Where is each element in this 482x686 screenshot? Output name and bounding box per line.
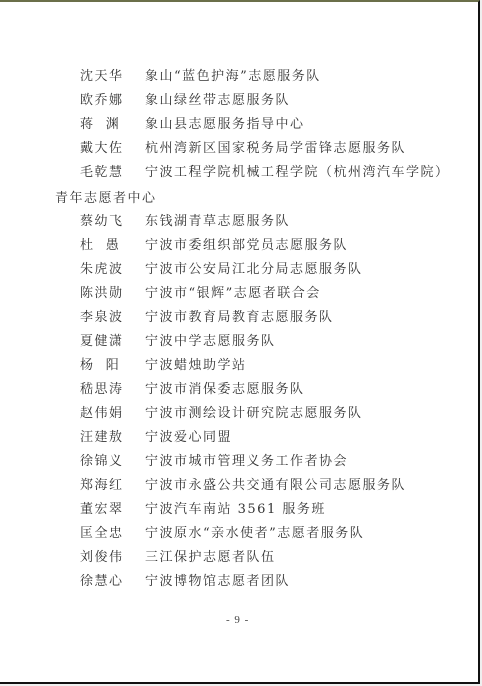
list-item: 蒋 渊 象山县志愿服务指导中心 [0,113,478,137]
volunteer-name: 徐锦义 [80,454,130,470]
volunteer-name: 赵伟娟 [80,406,130,422]
document-page: 沈天华 象山“蓝色护海”志愿服务队 欧乔娜 象山绿丝带志愿服务队 蒋 渊 象山县… [0,0,480,684]
page-number: - 9 - [226,614,249,626]
organization-name: 宁波市委组织部党员志愿服务队 [145,238,348,254]
organization-name: 三江保护志愿者队伍 [145,550,276,566]
volunteer-name: 陈洪勋 [80,286,130,302]
organization-name: 宁波博物馆志愿者团队 [145,574,290,590]
volunteer-name: 戴大佐 [80,141,130,157]
list-item: 毛乾慧 宁波工程学院机械工程学院（杭州湾汽车学院） [0,161,478,185]
organization-name: 宁波市测绘设计研究院志愿服务队 [145,406,363,422]
list-item: 郑海红 宁波市永盛公共交通有限公司志愿服务队 [0,474,478,498]
volunteer-name: 李泉波 [80,310,130,326]
list-item: 杨 阳 宁波蜡烛助学站 [0,354,478,378]
list-item: 匡全忠 宁波原水“亲水使者”志愿者服务队 [0,522,478,546]
organization-continuation: 青年志愿者中心 [55,191,157,207]
list-item: 刘俊伟 三江保护志愿者队伍 [0,546,478,570]
list-item: 蔡幼飞 东钱湖青草志愿服务队 [0,210,478,234]
volunteer-name: 沈天华 [80,69,130,85]
volunteer-name: 徐慧心 [80,574,130,590]
list-item: 沈天华 象山“蓝色护海”志愿服务队 [0,65,478,89]
list-item: 徐慧心 宁波博物馆志愿者团队 [0,570,478,594]
list-item: 朱虎波 宁波市公安局江北分局志愿服务队 [0,258,478,282]
organization-name: 象山县志愿服务指导中心 [145,117,305,133]
organization-name: 宁波中学志愿服务队 [145,334,276,350]
volunteer-name: 杜 愚 [80,238,130,254]
list-item: 戴大佐 杭州湾新区国家税务局学雷锋志愿服务队 [0,137,478,161]
organization-name: 宁波蜡烛助学站 [145,358,247,374]
organization-name: 东钱湖青草志愿服务队 [145,214,290,230]
organization-name: 宁波原水“亲水使者”志愿者服务队 [145,526,364,542]
list-item: 夏健潇 宁波中学志愿服务队 [0,330,478,354]
organization-name: 宁波爱心同盟 [145,430,232,446]
organization-name: 象山“蓝色护海”志愿服务队 [145,69,321,85]
organization-name: 宁波工程学院机械工程学院（杭州湾汽车学院） [145,165,450,181]
organization-name: 宁波市教育局教育志愿服务队 [145,310,334,326]
organization-name: 宁波市公安局江北分局志愿服务队 [145,262,363,278]
organization-name: 宁波市消保委志愿服务队 [145,382,305,398]
organization-name: 宁波市“银辉”志愿者联合会 [145,286,321,302]
organization-name: 宁波市城市管理义务工作者协会 [145,454,348,470]
list-item: 汪建敖 宁波爱心同盟 [0,426,478,450]
volunteer-name: 汪建敖 [80,430,130,446]
volunteer-name: 嵇思涛 [80,382,130,398]
volunteer-name: 蔡幼飞 [80,214,130,230]
list-item: 陈洪勋 宁波市“银辉”志愿者联合会 [0,282,478,306]
volunteer-name: 杨 阳 [80,358,130,374]
volunteer-name: 毛乾慧 [80,165,130,181]
volunteer-name: 欧乔娜 [80,93,130,109]
list-item: 欧乔娜 象山绿丝带志愿服务队 [0,89,478,113]
list-item: 徐锦义 宁波市城市管理义务工作者协会 [0,450,478,474]
list-item: 李泉波 宁波市教育局教育志愿服务队 [0,306,478,330]
volunteer-name: 匡全忠 [80,526,130,542]
volunteer-name: 郑海红 [80,478,130,494]
organization-name: 杭州湾新区国家税务局学雷锋志愿服务队 [145,141,406,157]
list-item: 董宏翠 宁波汽车南站 3561 服务班 [0,498,478,522]
volunteer-name: 朱虎波 [80,262,130,278]
organization-name: 宁波市永盛公共交通有限公司志愿服务队 [145,478,406,494]
organization-name: 宁波汽车南站 3561 服务班 [145,502,326,518]
volunteer-name: 刘俊伟 [80,550,130,566]
list-item: 赵伟娟 宁波市测绘设计研究院志愿服务队 [0,402,478,426]
organization-name: 象山绿丝带志愿服务队 [145,93,290,109]
list-item: 杜 愚 宁波市委组织部党员志愿服务队 [0,234,478,258]
volunteer-name: 夏健潇 [80,334,130,350]
volunteer-name: 董宏翠 [80,502,130,518]
list-item: 嵇思涛 宁波市消保委志愿服务队 [0,378,478,402]
volunteer-name: 蒋 渊 [80,117,130,133]
